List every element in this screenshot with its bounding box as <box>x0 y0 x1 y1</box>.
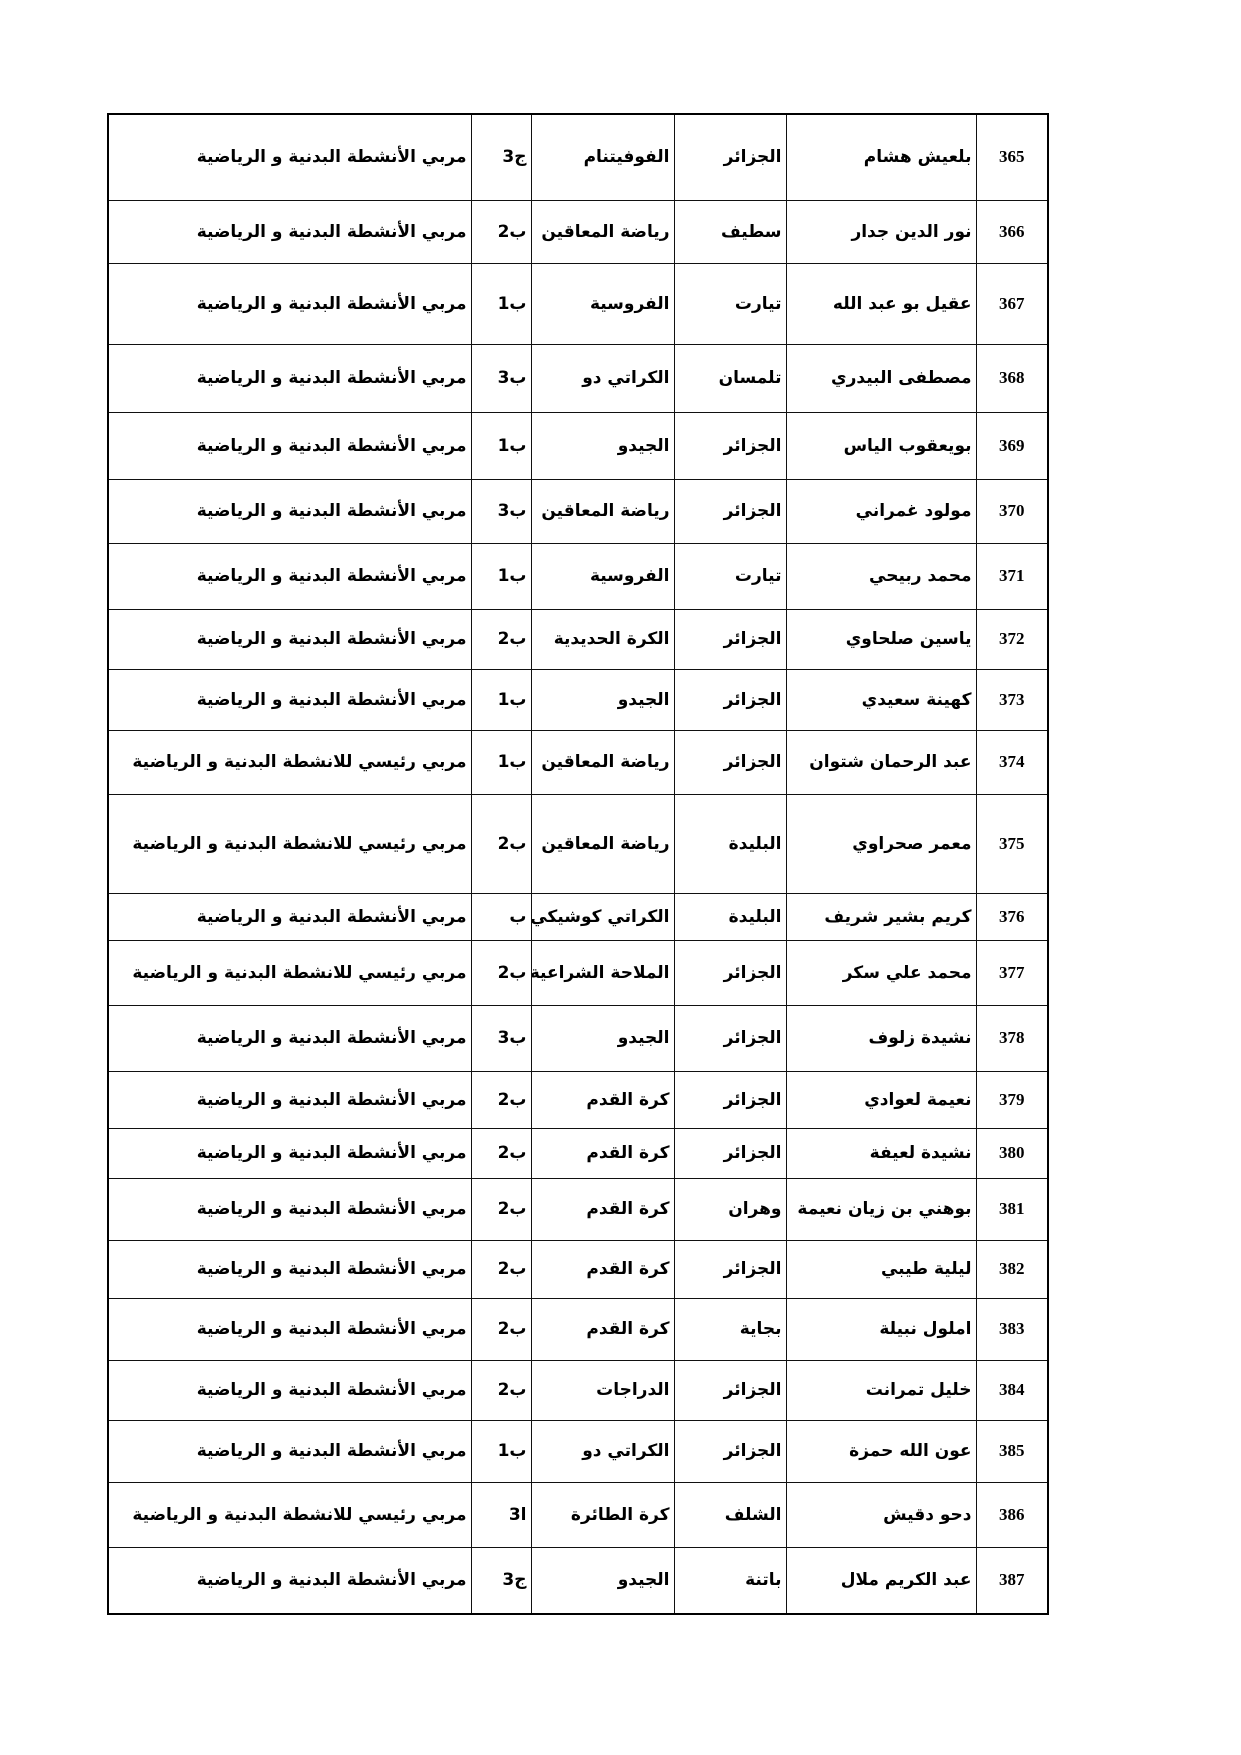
sport-cell: كرة القدم <box>531 1128 674 1178</box>
table-row: مربي الأنشطة البدنية و الرياضية ب1 الجيد… <box>108 412 1048 479</box>
designation-cell: مربي رئيسي للانشطة البدنية و الرياضية <box>108 730 471 794</box>
wilaya-cell: الجزائر <box>674 412 786 479</box>
number-cell: 368 <box>976 344 1048 412</box>
sport-cell: الجيدو <box>531 1005 674 1071</box>
number-cell: 376 <box>976 893 1048 940</box>
designation-cell: مربي الأنشطة البدنية و الرياضية <box>108 412 471 479</box>
table-row: مربي رئيسي للانشطة البدنية و الرياضية ب2… <box>108 794 1048 893</box>
table-row: مربي الأنشطة البدنية و الرياضية ب1 الفرو… <box>108 263 1048 344</box>
number-cell: 385 <box>976 1420 1048 1482</box>
table-row: مربي الأنشطة البدنية و الرياضية ب2 رياضة… <box>108 200 1048 263</box>
sport-cell: كرة القدم <box>531 1240 674 1298</box>
designation-cell: مربي الأنشطة البدنية و الرياضية <box>108 1005 471 1071</box>
sport-cell: رياضة المعاقين <box>531 730 674 794</box>
sport-cell: رياضة المعاقين <box>531 794 674 893</box>
wilaya-cell: تيارت <box>674 543 786 609</box>
wilaya-cell: الجزائر <box>674 609 786 669</box>
grade-cell: ب2 <box>471 1128 531 1178</box>
number-cell: 373 <box>976 669 1048 730</box>
designation-cell: مربي الأنشطة البدنية و الرياضية <box>108 1298 471 1360</box>
wilaya-cell: الجزائر <box>674 1005 786 1071</box>
sport-cell: الملاحة الشراعية <box>531 940 674 1005</box>
sport-cell: الجيدو <box>531 412 674 479</box>
designation-cell: مربي الأنشطة البدنية و الرياضية <box>108 1420 471 1482</box>
number-cell: 380 <box>976 1128 1048 1178</box>
number-cell: 381 <box>976 1178 1048 1240</box>
wilaya-cell: تيارت <box>674 263 786 344</box>
designation-cell: مربي رئيسي للانشطة البدنية و الرياضية <box>108 794 471 893</box>
sport-cell: كرة القدم <box>531 1178 674 1240</box>
grade-cell: ب1 <box>471 730 531 794</box>
sport-cell: الكرة الحديدية <box>531 609 674 669</box>
grade-cell: ب1 <box>471 669 531 730</box>
sport-cell: الجيدو <box>531 1547 674 1614</box>
sport-cell: الكراتي دو <box>531 1420 674 1482</box>
table-row: مربي الأنشطة البدنية و الرياضية ب3 رياضة… <box>108 479 1048 543</box>
grade-cell: ب2 <box>471 940 531 1005</box>
table-row: مربي الأنشطة البدنية و الرياضية ج3 الجيد… <box>108 1547 1048 1614</box>
wilaya-cell: الجزائر <box>674 1420 786 1482</box>
number-cell: 382 <box>976 1240 1048 1298</box>
name-cell: نشيدة زلوف <box>786 1005 976 1071</box>
number-cell: 371 <box>976 543 1048 609</box>
number-cell: 383 <box>976 1298 1048 1360</box>
name-cell: محمد ربيحي <box>786 543 976 609</box>
designation-cell: مربي الأنشطة البدنية و الرياضية <box>108 669 471 730</box>
name-cell: املول نبيلة <box>786 1298 976 1360</box>
wilaya-cell: الجزائر <box>674 114 786 200</box>
name-cell: عقيل بو عبد الله <box>786 263 976 344</box>
name-cell: بوهني بن زيان نعيمة <box>786 1178 976 1240</box>
sport-cell: الفروسية <box>531 543 674 609</box>
grade-cell: ب3 <box>471 1005 531 1071</box>
wilaya-cell: الجزائر <box>674 479 786 543</box>
wilaya-cell: الجزائر <box>674 1071 786 1128</box>
name-cell: نعيمة لعوادي <box>786 1071 976 1128</box>
grade-cell: ب2 <box>471 609 531 669</box>
wilaya-cell: الجزائر <box>674 1240 786 1298</box>
number-cell: 375 <box>976 794 1048 893</box>
designation-cell: مربي الأنشطة البدنية و الرياضية <box>108 609 471 669</box>
name-cell: عبد الكريم ملال <box>786 1547 976 1614</box>
grade-cell: ب3 <box>471 344 531 412</box>
number-cell: 374 <box>976 730 1048 794</box>
number-cell: 384 <box>976 1360 1048 1420</box>
designation-cell: مربي الأنشطة البدنية و الرياضية <box>108 1547 471 1614</box>
table-row: مربي الأنشطة البدنية و الرياضية ب2 الدرا… <box>108 1360 1048 1420</box>
table-row: مربي الأنشطة البدنية و الرياضية ب2 كرة ا… <box>108 1240 1048 1298</box>
grade-cell: ب2 <box>471 1178 531 1240</box>
name-cell: عبد الرحمان شتوان <box>786 730 976 794</box>
name-cell: نور الدين جدار <box>786 200 976 263</box>
grade-cell: ب2 <box>471 794 531 893</box>
grade-cell: ب1 <box>471 263 531 344</box>
designation-cell: مربي رئيسي للانشطة البدنية و الرياضية <box>108 1482 471 1547</box>
sport-cell: كرة القدم <box>531 1071 674 1128</box>
designation-cell: مربي الأنشطة البدنية و الرياضية <box>108 479 471 543</box>
designation-cell: مربي الأنشطة البدنية و الرياضية <box>108 1128 471 1178</box>
name-cell: ياسين صلحاوي <box>786 609 976 669</box>
sport-cell: رياضة المعاقين <box>531 200 674 263</box>
table-row: مربي الأنشطة البدنية و الرياضية ب1 الجيد… <box>108 669 1048 730</box>
name-cell: ليلية طيبي <box>786 1240 976 1298</box>
name-cell: مولود غمراني <box>786 479 976 543</box>
designation-cell: مربي الأنشطة البدنية و الرياضية <box>108 344 471 412</box>
grade-cell: ب1 <box>471 1420 531 1482</box>
number-cell: 365 <box>976 114 1048 200</box>
wilaya-cell: الجزائر <box>674 1128 786 1178</box>
table-row: مربي رئيسي للانشطة البدنية و الرياضية ا3… <box>108 1482 1048 1547</box>
designation-cell: مربي الأنشطة البدنية و الرياضية <box>108 114 471 200</box>
grade-cell: ا3 <box>471 1482 531 1547</box>
wilaya-cell: البليدة <box>674 893 786 940</box>
name-cell: كريم بشير شريف <box>786 893 976 940</box>
grade-cell: ب2 <box>471 1298 531 1360</box>
name-cell: كهينة سعيدي <box>786 669 976 730</box>
number-cell: 370 <box>976 479 1048 543</box>
name-cell: نشيدة لعيفة <box>786 1128 976 1178</box>
wilaya-cell: تلمسان <box>674 344 786 412</box>
name-cell: عون الله حمزة <box>786 1420 976 1482</box>
designation-cell: مربي الأنشطة البدنية و الرياضية <box>108 1178 471 1240</box>
number-cell: 378 <box>976 1005 1048 1071</box>
table-row: مربي الأنشطة البدنية و الرياضية ب1 الكرا… <box>108 1420 1048 1482</box>
number-cell: 379 <box>976 1071 1048 1128</box>
table-row: مربي الأنشطة البدنية و الرياضية ب2 كرة ا… <box>108 1071 1048 1128</box>
wilaya-cell: سطيف <box>674 200 786 263</box>
designation-cell: مربي الأنشطة البدنية و الرياضية <box>108 200 471 263</box>
sport-cell: كرة القدم <box>531 1298 674 1360</box>
wilaya-cell: باتنة <box>674 1547 786 1614</box>
wilaya-cell: الجزائر <box>674 1360 786 1420</box>
number-cell: 367 <box>976 263 1048 344</box>
designation-cell: مربي الأنشطة البدنية و الرياضية <box>108 1360 471 1420</box>
table-row: مربي الأنشطة البدنية و الرياضية ب2 كرة ا… <box>108 1298 1048 1360</box>
sport-cell: الكراتي دو <box>531 344 674 412</box>
wilaya-cell: الشلف <box>674 1482 786 1547</box>
grade-cell: ج3 <box>471 114 531 200</box>
designation-cell: مربي الأنشطة البدنية و الرياضية <box>108 263 471 344</box>
table-row: مربي الأنشطة البدنية و الرياضية ب2 كرة ا… <box>108 1128 1048 1178</box>
number-cell: 366 <box>976 200 1048 263</box>
sport-cell: الدراجات <box>531 1360 674 1420</box>
grade-cell: ب2 <box>471 1360 531 1420</box>
name-cell: محمد علي سكر <box>786 940 976 1005</box>
table-row: مربي الأنشطة البدنية و الرياضية ب2 كرة ا… <box>108 1178 1048 1240</box>
table-row: مربي الأنشطة البدنية و الرياضية ب1 الفرو… <box>108 543 1048 609</box>
grade-cell: ب2 <box>471 1240 531 1298</box>
sport-cell: الفوفيتنام <box>531 114 674 200</box>
name-cell: دحو دقيش <box>786 1482 976 1547</box>
designation-cell: مربي الأنشطة البدنية و الرياضية <box>108 1071 471 1128</box>
table-row: مربي الأنشطة البدنية و الرياضية ج3 الفوف… <box>108 114 1048 200</box>
grade-cell: ب1 <box>471 412 531 479</box>
number-cell: 386 <box>976 1482 1048 1547</box>
name-cell: بويعقوب الياس <box>786 412 976 479</box>
table-row: مربي الأنشطة البدنية و الرياضية ب2 الكرة… <box>108 609 1048 669</box>
sport-cell: كرة الطائرة <box>531 1482 674 1547</box>
table-body: مربي الأنشطة البدنية و الرياضية ج3 الفوف… <box>108 114 1048 1614</box>
table-row: مربي الأنشطة البدنية و الرياضية ب الكرات… <box>108 893 1048 940</box>
wilaya-cell: البليدة <box>674 794 786 893</box>
name-cell: مصطفى البيدري <box>786 344 976 412</box>
designation-cell: مربي الأنشطة البدنية و الرياضية <box>108 1240 471 1298</box>
number-cell: 372 <box>976 609 1048 669</box>
wilaya-cell: الجزائر <box>674 940 786 1005</box>
number-cell: 377 <box>976 940 1048 1005</box>
wilaya-cell: الجزائر <box>674 669 786 730</box>
sport-cell: الكراتي كوشيكي <box>531 893 674 940</box>
sport-cell: الفروسية <box>531 263 674 344</box>
grade-cell: ب2 <box>471 1071 531 1128</box>
grade-cell: ج3 <box>471 1547 531 1614</box>
name-cell: بلعيش هشام <box>786 114 976 200</box>
table-row: مربي رئيسي للانشطة البدنية و الرياضية ب2… <box>108 940 1048 1005</box>
grade-cell: ب <box>471 893 531 940</box>
grade-cell: ب1 <box>471 543 531 609</box>
sport-cell: رياضة المعاقين <box>531 479 674 543</box>
number-cell: 387 <box>976 1547 1048 1614</box>
sport-cell: الجيدو <box>531 669 674 730</box>
table-row: مربي الأنشطة البدنية و الرياضية ب3 الجيد… <box>108 1005 1048 1071</box>
grade-cell: ب3 <box>471 479 531 543</box>
designation-cell: مربي الأنشطة البدنية و الرياضية <box>108 893 471 940</box>
trainers-table: مربي الأنشطة البدنية و الرياضية ج3 الفوف… <box>107 113 1049 1615</box>
wilaya-cell: الجزائر <box>674 730 786 794</box>
designation-cell: مربي الأنشطة البدنية و الرياضية <box>108 543 471 609</box>
table-row: مربي رئيسي للانشطة البدنية و الرياضية ب1… <box>108 730 1048 794</box>
designation-cell: مربي رئيسي للانشطة البدنية و الرياضية <box>108 940 471 1005</box>
name-cell: خليل تمرانت <box>786 1360 976 1420</box>
table-row: مربي الأنشطة البدنية و الرياضية ب3 الكرا… <box>108 344 1048 412</box>
number-cell: 369 <box>976 412 1048 479</box>
wilaya-cell: وهران <box>674 1178 786 1240</box>
name-cell: معمر صحراوي <box>786 794 976 893</box>
grade-cell: ب2 <box>471 200 531 263</box>
wilaya-cell: بجاية <box>674 1298 786 1360</box>
